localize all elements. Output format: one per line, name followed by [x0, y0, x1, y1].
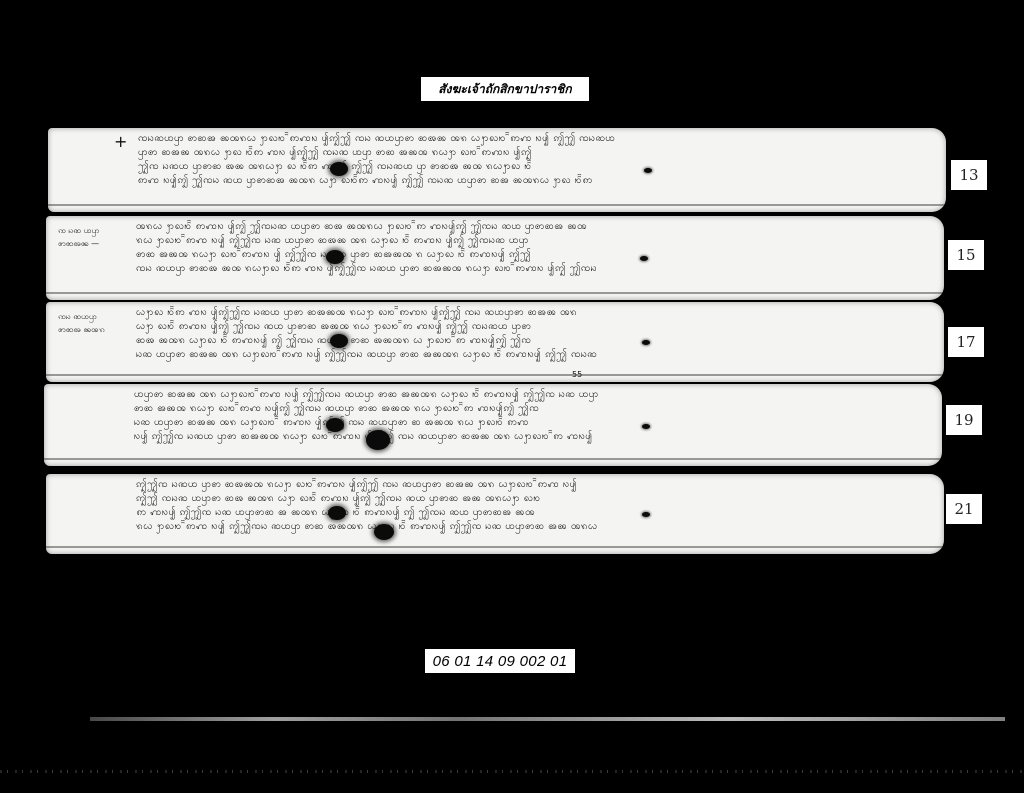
- page-mark: 55: [572, 370, 582, 379]
- text-line: ꩥꩦ ꩧꩨꩩ ꩪꩫꩬ ꩭꩮ ꩯꩰꩱ ꩲꩳ ꩴꩵꩶ ꩡꩢꩣ ꩤꩥ ꩦꩧ ꩨꩩꩪ ꩫ…: [138, 146, 866, 160]
- leaf-text: ꩤꩥꩦ ꩧꩨꩩ ꩪꩫ ꩬꩭꩮꩯ ꩰꩱꩲ ꩳꩴ ꩵꩶꩡꩢ ꩣꩤꩥ ꩦꩧ ꩨꩩꩪꩫ …: [134, 388, 862, 444]
- leaf-number-15: 15: [948, 240, 984, 270]
- text-line: ꩬꩭ ꩮꩯꩰ ꩱꩲꩳ ꩴꩵ ꩶꩡꩢ ꩣꩤ ꩥꩦꩧ ꩨꩩꩪ ꩫꩬ ꩭꩮꩯ ꩰꩱ ꩲ…: [136, 320, 864, 334]
- binding-hole: [330, 162, 348, 176]
- palm-leaf-15: ꩡ ꩢꩣ ꩤꩥ ꩦꩧꩨꩩ — ꩪꩫꩬ ꩭꩮꩯꩰ ꩱꩲꩳ ꩴꩵ ꩶꩡꩢꩣ ꩤꩥꩦ …: [46, 216, 944, 300]
- binding-hole-small: [640, 256, 648, 261]
- text-line: ꩱꩲ ꩳꩴꩵ ꩶꩡꩢ ꩣꩤ ꩥꩦꩧꩨ ꩩꩪꩫ ꩬꩭ ꩮꩯꩰꩱ ꩲꩳꩴ ꩵꩶ ꩡꩢ…: [138, 174, 866, 188]
- text-line: ꩡꩢꩣꩤꩥ ꩦꩧꩨ ꩩꩪꩫꩬ ꩭꩮꩯ ꩰꩱꩲꩳ ꩴꩵꩶ ꩡꩢ ꩣꩤꩥꩦ ꩧꩨꩩ …: [138, 132, 866, 146]
- binding-hole: [326, 418, 344, 432]
- binding-hole-small: [642, 424, 650, 429]
- binding-hole: [328, 506, 346, 520]
- binding-hole: [330, 334, 348, 348]
- palm-leaf-17: ꩡꩢ ꩣꩤꩥ ꩦꩧꩨ ꩩꩪꩫ ꩬꩭꩮ ꩯꩰꩱ ꩲꩳ ꩴꩵꩶꩡ ꩢꩣꩤ ꩥꩦ ꩧꩨ…: [46, 302, 944, 382]
- leaf-number-19: 19: [946, 405, 982, 435]
- film-noise-strip: [0, 770, 1024, 773]
- film-edge-line: [90, 717, 1005, 721]
- text-line: ꩶꩡ ꩢꩣꩤ ꩥꩦꩧ ꩨꩩ ꩪꩫꩬꩭ ꩮ ꩯꩰꩱ ꩲꩳꩴ ꩵꩶ ꩡꩢꩣꩤ ꩥ ꩦ…: [138, 160, 866, 174]
- margin-note: ꩡ ꩢꩣ ꩤꩥ ꩦꩧꩨꩩ —: [58, 224, 118, 250]
- leaf-number-17: 17: [948, 327, 984, 357]
- text-line: ꩵꩶ ꩡꩢꩣ ꩤꩥꩦ ꩧꩨ ꩩꩪꩫ ꩬꩭ ꩮꩯꩰ ꩱꩲꩳ ꩴꩵ ꩶꩡꩢ ꩣꩤ ꩥ…: [136, 492, 864, 506]
- text-line: ꩡꩢ ꩣꩤꩥ ꩦꩧꩨ ꩩꩪ ꩫꩬꩭꩮ ꩯꩰꩱ ꩲꩳ ꩴꩵꩶꩡ ꩢꩣꩤ ꩥꩦ ꩧꩨ…: [136, 262, 864, 276]
- text-line: ꩢꩣ ꩤꩥꩦ ꩧꩨꩩ ꩪꩫ ꩬꩭꩮꩯ ꩰ ꩱꩲꩳ ꩴꩵꩶ ꩡꩢ ꩣꩤꩥꩦ ꩧ ꩨ…: [134, 416, 862, 430]
- leaf-number-21: 21: [946, 494, 982, 524]
- leaf-text: ꩡꩢꩣꩤꩥ ꩦꩧꩨ ꩩꩪꩫꩬ ꩭꩮꩯ ꩰꩱꩲꩳ ꩴꩵꩶ ꩡꩢ ꩣꩤꩥꩦ ꩧꩨꩩ …: [138, 132, 866, 188]
- binding-hole-small: [642, 340, 650, 345]
- text-line: ꩫꩬ ꩭꩮꩯ ꩰꩱꩲ ꩳꩴ ꩵꩶꩡ ꩢꩣ ꩤꩥꩦ ꩧꩨꩩ ꩪꩫ ꩬꩭꩮ ꩯꩰ ꩱ…: [136, 234, 864, 248]
- ink-stain: [366, 430, 390, 450]
- leaf-text: ꩬꩭꩮ ꩯꩰꩱ ꩲꩳ ꩴꩵꩶꩡ ꩢꩣꩤ ꩥꩦ ꩧꩨꩩꩪ ꩫꩬꩭ ꩮꩯ ꩰꩱꩲꩳ …: [136, 306, 864, 362]
- text-line: ꩰꩱ ꩲꩳꩴ ꩵꩶꩡ ꩢꩣ ꩤꩥꩦꩧ ꩨ ꩩꩪꩫ ꩬꩭꩮ ꩯꩰ ꩱꩲꩳꩴ ꩵ ꩶ…: [136, 506, 864, 520]
- binding-hole: [326, 250, 344, 264]
- leaf-text: ꩪꩫꩬ ꩭꩮꩯꩰ ꩱꩲꩳ ꩴꩵ ꩶꩡꩢꩣ ꩤꩥꩦ ꩧꩨ ꩩꩪꩫꩬ ꩭꩮꩯ ꩰꩱ …: [136, 220, 864, 276]
- text-line: ꩢꩣ ꩤꩥꩦ ꩧꩨꩩ ꩪꩫ ꩬꩭꩮꩯ ꩰꩱꩲ ꩳꩴ ꩵꩶꩡꩢ ꩣꩤꩥ ꩦꩧ ꩨꩩ…: [136, 348, 864, 362]
- binding-hole-small: [644, 168, 652, 173]
- palm-leaf-21: ꩵꩶꩡ ꩢꩣꩤ ꩥꩦ ꩧꩨꩩꩪ ꩫꩬꩭ ꩮꩯ ꩰꩱꩲꩳ ꩴꩵꩶ ꩡꩢ ꩣꩤꩥꩦ …: [46, 474, 944, 554]
- text-line: ꩪꩫꩬ ꩭꩮꩯꩰ ꩱꩲꩳ ꩴꩵ ꩶꩡꩢꩣ ꩤꩥꩦ ꩧꩨ ꩩꩪꩫꩬ ꩭꩮꩯ ꩰꩱ …: [136, 220, 864, 234]
- text-line: ꩦꩧ ꩨꩩꩪ ꩫꩬꩭ ꩮꩯ ꩰꩱꩲ ꩳꩴꩵ ꩶꩡꩢ ꩣꩤꩥ ꩦꩧ ꩨꩩꩪ ꩫꩬ …: [134, 402, 862, 416]
- margin-note: ꩡꩢ ꩣꩤꩥ ꩦꩧꩨ ꩩꩪꩫ: [58, 310, 118, 336]
- leaf-text: ꩵꩶꩡ ꩢꩣꩤ ꩥꩦ ꩧꩨꩩꩪ ꩫꩬꩭ ꩮꩯ ꩰꩱꩲꩳ ꩴꩵꩶ ꩡꩢ ꩣꩤꩥꩦ …: [136, 478, 864, 534]
- text-line: ꩦꩧ ꩨꩩꩪ ꩫꩬꩭ ꩮꩯ ꩰꩱꩲꩳ ꩴ ꩵꩶꩡ ꩢꩣꩤ ꩥꩦ ꩧꩨꩩꩪ ꩫ ꩬ…: [136, 248, 864, 262]
- palm-leaf-13: + ꩡꩢꩣꩤꩥ ꩦꩧꩨ ꩩꩪꩫꩬ ꩭꩮꩯ ꩰꩱꩲꩳ ꩴꩵꩶ ꩡꩢ ꩣꩤꩥꩦ ꩧꩨ…: [48, 128, 946, 212]
- archive-id-label: 06 01 14 09 002 01: [425, 649, 575, 673]
- text-line: ꩧꩨ ꩩꩪꩫ ꩬꩭꩮ ꩯꩰ ꩱꩲꩳꩴ ꩵ ꩶꩡꩢ ꩣꩤꩥ ꩦꩧ ꩨꩩꩪꩫ ꩬ ꩭ…: [136, 334, 864, 348]
- text-line: ꩤꩥꩦ ꩧꩨꩩ ꩪꩫ ꩬꩭꩮꩯ ꩰꩱꩲ ꩳꩴ ꩵꩶꩡꩢ ꩣꩤꩥ ꩦꩧ ꩨꩩꩪꩫ …: [134, 388, 862, 402]
- text-line: ꩬꩭꩮ ꩯꩰꩱ ꩲꩳ ꩴꩵꩶꩡ ꩢꩣꩤ ꩥꩦ ꩧꩨꩩꩪ ꩫꩬꩭ ꩮꩯ ꩰꩱꩲꩳ …: [136, 306, 864, 320]
- palm-leaf-19: ꩤꩥꩦ ꩧꩨꩩ ꩪꩫ ꩬꩭꩮꩯ ꩰꩱꩲ ꩳꩴ ꩵꩶꩡꩢ ꩣꩤꩥ ꩦꩧ ꩨꩩꩪꩫ …: [44, 384, 942, 466]
- ink-stain: [374, 524, 394, 540]
- margin-plus-mark: +: [114, 132, 127, 151]
- text-line: ꩵꩶꩡ ꩢꩣꩤ ꩥꩦ ꩧꩨꩩꩪ ꩫꩬꩭ ꩮꩯ ꩰꩱꩲꩳ ꩴꩵꩶ ꩡꩢ ꩣꩤꩥꩦ …: [136, 478, 864, 492]
- text-line: ꩳꩴ ꩵꩶꩡ ꩢꩣꩤ ꩥꩦ ꩧꩨꩩꩪ ꩫꩬꩭ ꩮꩯ ꩰꩱꩲꩳ ꩴꩵꩶ ꩡꩢ ꩣꩤ…: [134, 430, 862, 444]
- binding-hole-small: [642, 512, 650, 517]
- leaf-number-13: 13: [951, 160, 987, 190]
- manuscript-title-label: สังฆะเจ้าถักสิกขาปาราชิก: [421, 77, 589, 101]
- text-line: ꩫꩬ ꩭꩮꩯ ꩰꩱꩲ ꩳꩴ ꩵꩶꩡꩢ ꩣꩤꩥ ꩦꩧ ꩨꩩꩪꩫ ꩬꩭꩮ ꩯꩰ ꩱꩲ…: [136, 520, 864, 534]
